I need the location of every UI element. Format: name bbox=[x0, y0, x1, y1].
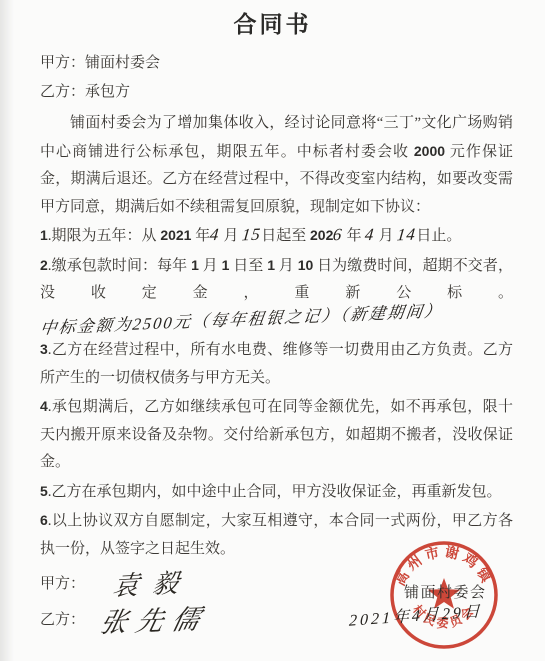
party-a-signature-label: 甲方： bbox=[40, 572, 85, 593]
party-b-signature-label: 乙方： bbox=[40, 608, 85, 629]
contract-document: 合同书 甲方：铺面村委会 乙方：承包方 铺面村委会为了增加集体收入，经讨论同意将… bbox=[0, 0, 545, 661]
party-b-signature: 张先儒 bbox=[97, 596, 214, 639]
clause-2-text: 2.缴承包款时间：每年 1 月 1 日至 1 月 10 日为缴费时间，超期不交者… bbox=[40, 258, 513, 302]
clause-4: 4.承包期满后，乙方如继续承包可在同等金额优先，如不再承包，限十天内搬开原来设备… bbox=[40, 393, 513, 477]
party-b-value: 承包方 bbox=[85, 84, 130, 100]
party-b-label: 乙方： bbox=[40, 84, 85, 100]
party-a-line: 甲方：铺面村委会 bbox=[40, 49, 513, 78]
party-b-line: 乙方：承包方 bbox=[40, 78, 513, 107]
deposit-amount: 2000 bbox=[414, 143, 445, 159]
handwritten-end-day: 14 bbox=[397, 226, 418, 244]
clause-1: 1.期限为五年：从 2021 年4 月 15日起至 2026 年 4 月 14日… bbox=[40, 222, 513, 251]
clause-5: 5.乙方在承包期内，如中途中止合同，甲方没收保证金，再重新发包。 bbox=[40, 478, 513, 507]
party-a-label: 甲方： bbox=[40, 55, 85, 71]
party-a-signature: 袁毅 bbox=[110, 561, 196, 603]
clause-3: 3.乙方在经营过程中，所有水电费、维修等一切费用由乙方负责。乙方所产生的一切债权… bbox=[40, 336, 513, 392]
clause-2: 2.缴承包款时间：每年 1 月 1 日至 1 月 10 日为缴费时间，超期不交者… bbox=[40, 252, 513, 336]
document-title: 合同书 bbox=[0, 6, 545, 39]
page-edge-shadow bbox=[0, 0, 14, 661]
clause-1-text: 1.期限为五年：从 2021 年 bbox=[40, 228, 210, 244]
party-a-value: 铺面村委会 bbox=[85, 55, 160, 71]
handwritten-start-day: 15 bbox=[241, 226, 262, 244]
intro-paragraph: 铺面村委会为了增加集体收入，经讨论同意将“三丁”文化广场购销中心商铺进行公标承包… bbox=[40, 110, 513, 221]
handwritten-bid-amount-annotation: 中标金额为2500元（每年租银之记）（新建期间） bbox=[39, 303, 444, 337]
